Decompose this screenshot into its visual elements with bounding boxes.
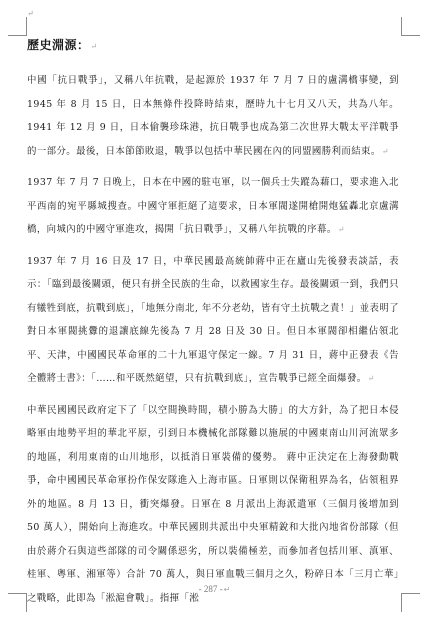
crop-mark-top-right xyxy=(401,17,420,36)
crop-mark-bottom-left xyxy=(8,593,27,612)
document-body[interactable]: 歷史淵源：↵ 中國「抗日戰爭」，又稱八年抗戰，是起源於 1937 年 7 月 7… xyxy=(27,36,399,618)
paragraph-mark-icon: ↵ xyxy=(27,10,34,18)
paragraph-text: 中國「抗日戰爭」，又稱八年抗戰，是起源於 1937 年 7 月 7 日的盧溝橋事… xyxy=(27,75,399,157)
page-footer: - 287 -↵ xyxy=(0,584,429,594)
crop-mark-bottom-right xyxy=(401,593,420,612)
page-number: - 287 - xyxy=(199,584,223,594)
paragraph-1: 中國「抗日戰爭」，又稱八年抗戰，是起源於 1937 年 7 月 7 日的盧溝橋事… xyxy=(27,69,399,163)
section-heading: 歷史淵源：↵ xyxy=(27,36,399,56)
paragraph-3: 1937 年 7 月 16 日及 17 日，中華民國最高統帥蔣中正在廬山先後發表… xyxy=(27,250,399,391)
paragraph-4: 中華民國國民政府定下了「以空間換時間，積小勝為大勝」的大方針，為了把日本侵略軍由… xyxy=(27,399,399,611)
paragraph-text: 1937 年 7 月 16 日及 17 日，中華民國最高統帥蔣中正在廬山先後發表… xyxy=(27,256,399,385)
paragraph-mark-icon: ↵ xyxy=(368,374,375,383)
section-heading-text: 歷史淵源： xyxy=(27,38,90,52)
paragraph-mark-icon: ↵ xyxy=(91,42,98,51)
document-page: ↵ 歷史淵源：↵ 中國「抗日戰爭」，又稱八年抗戰，是起源於 1937 年 7 月… xyxy=(0,0,429,619)
crop-mark-top-left xyxy=(8,17,27,36)
paragraph-mark-icon: ↵ xyxy=(338,225,345,234)
paragraph-mark-icon: ↵ xyxy=(382,147,389,156)
paragraph-2: 1937 年 7 月 7 日晚上，日本在中國的駐屯軍，以一個兵士失蹤為藉口，要求… xyxy=(27,171,399,242)
paragraph-mark-icon: ↵ xyxy=(224,585,231,594)
paragraph-text: 中華民國國民政府定下了「以空間換時間，積小勝為大勝」的大方針，為了把日本侵略軍由… xyxy=(27,405,399,604)
